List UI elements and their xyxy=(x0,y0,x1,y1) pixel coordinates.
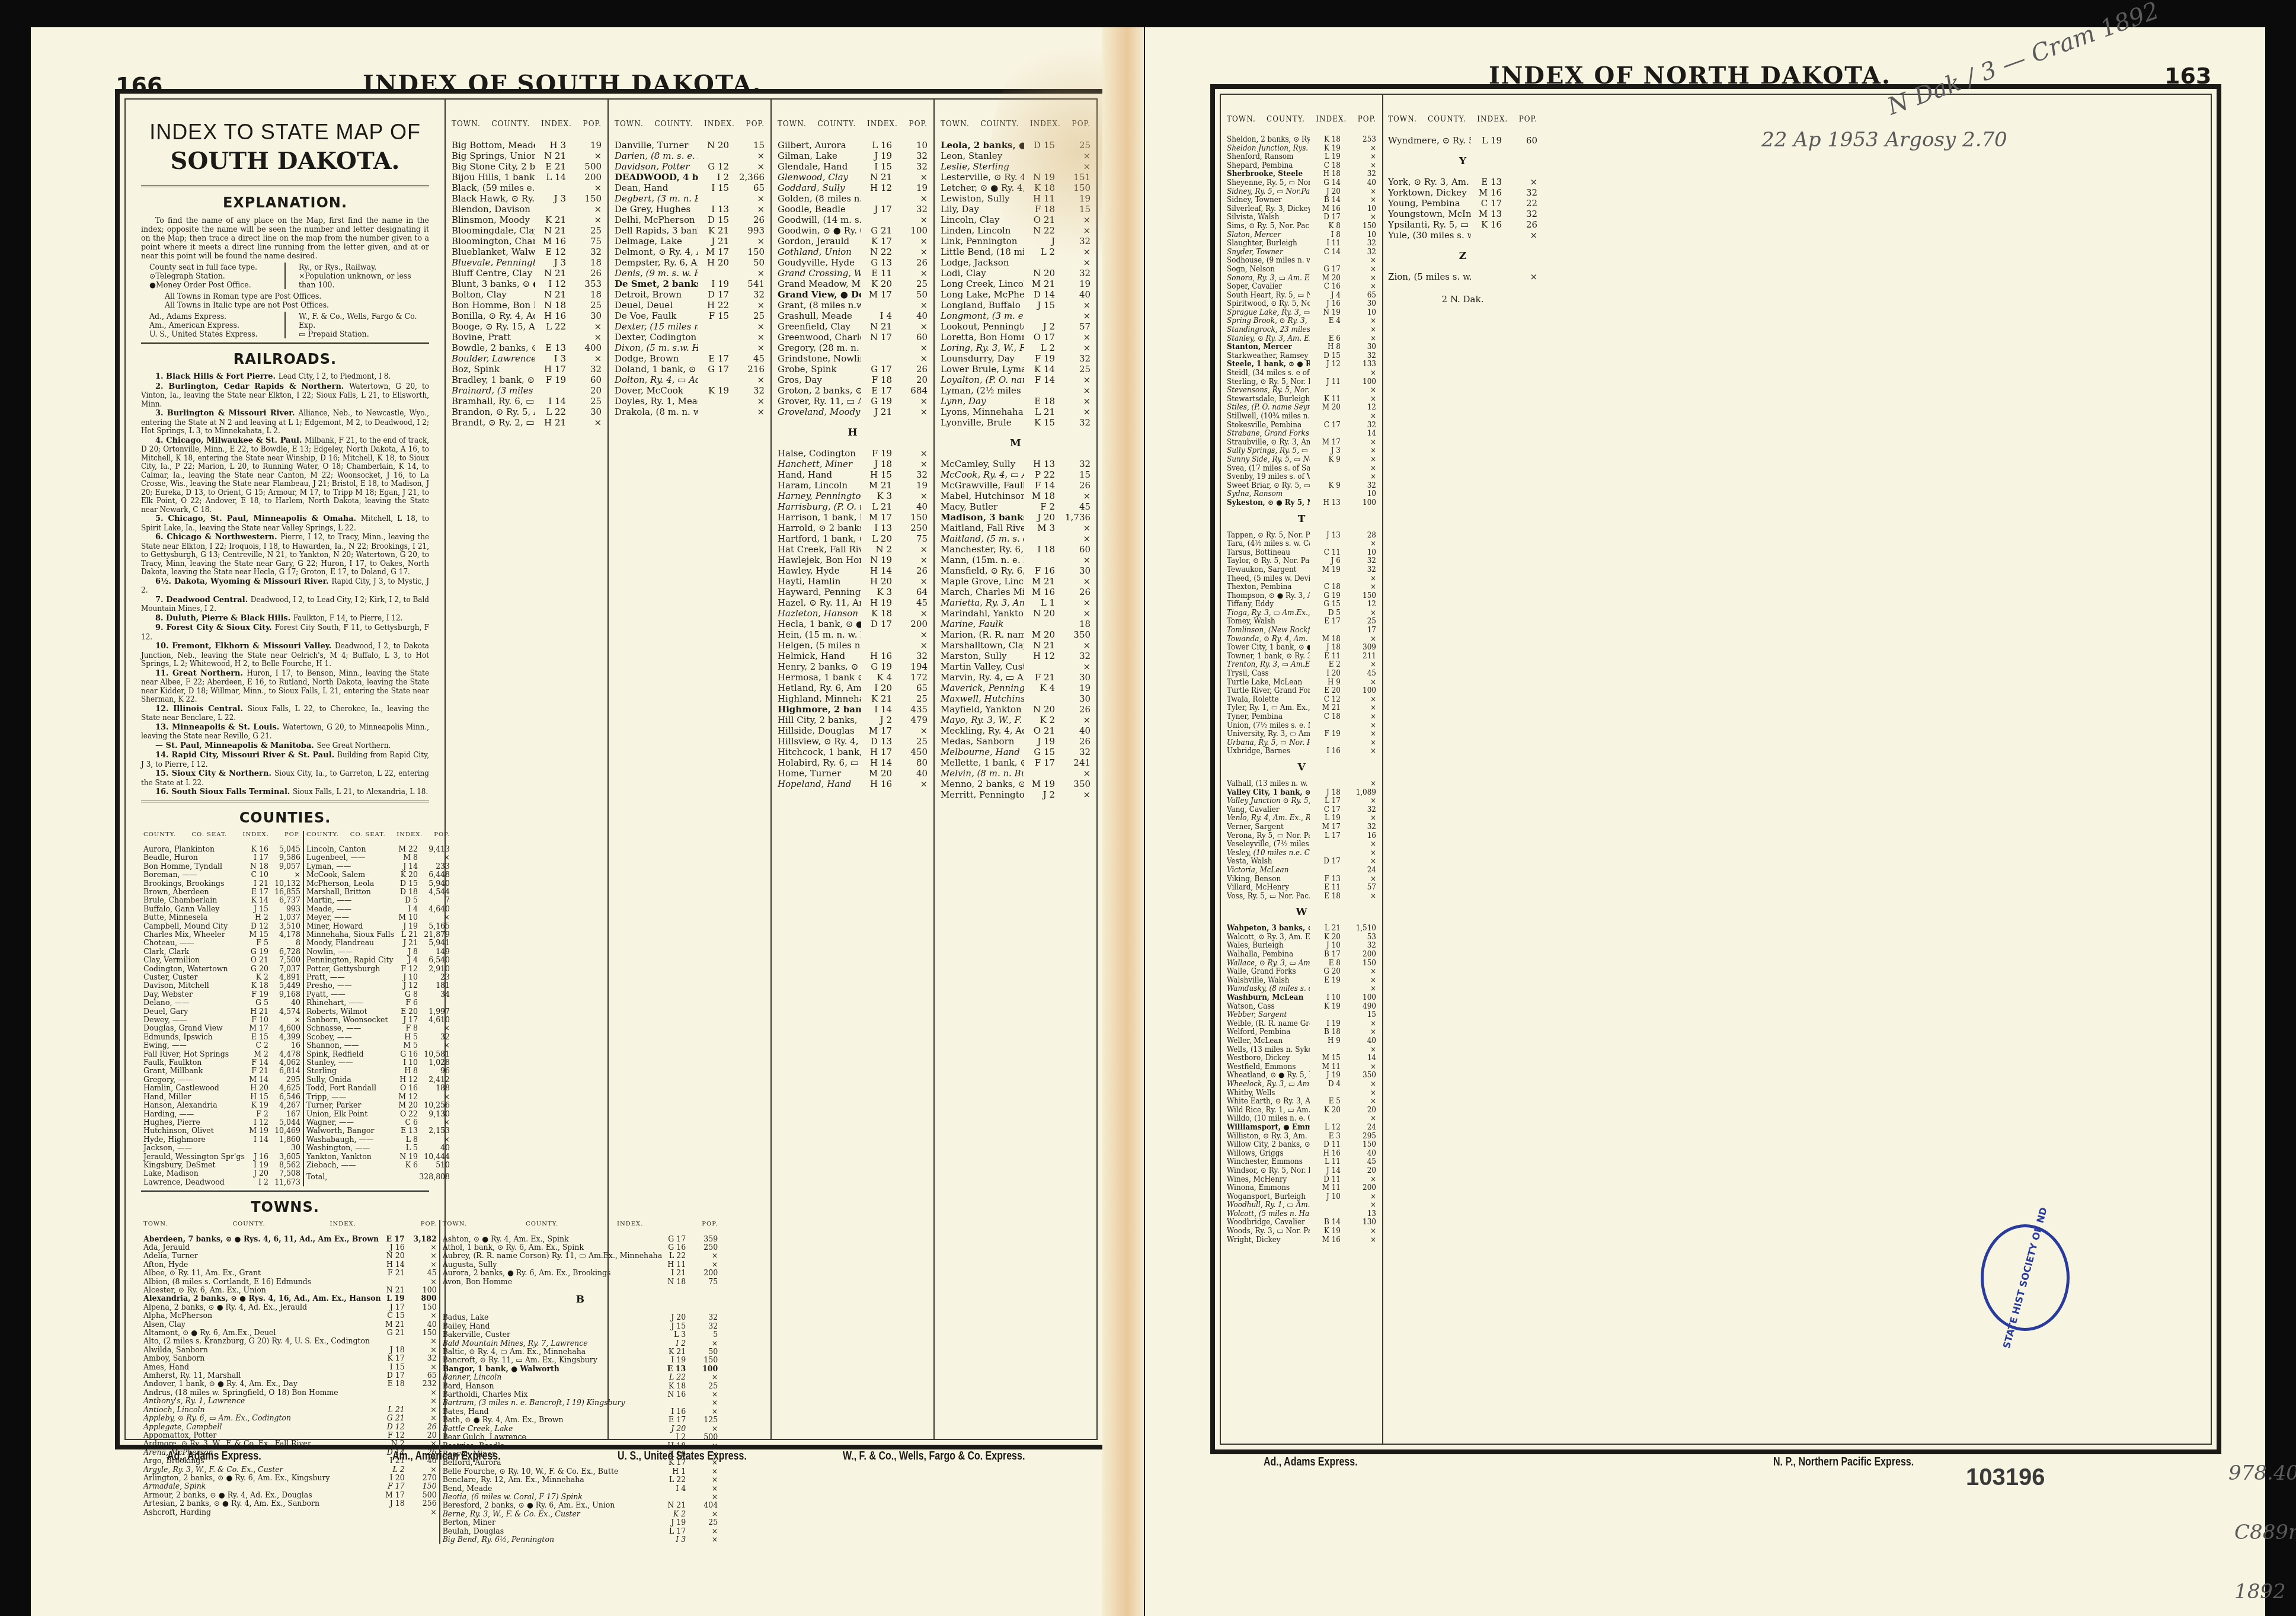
county-index: H 5 xyxy=(394,1033,418,1041)
town-entry: Grashull, MeadeI 440 xyxy=(772,311,933,321)
town-entry: Turtle Lake, McLeanH 9× xyxy=(1221,678,1382,687)
town-index: D 15 xyxy=(1310,351,1341,360)
town-entry: Golden, (8 miles n. of Willow Lake, H 18… xyxy=(772,193,933,204)
county-row: Davison, MitchellK 185,449 xyxy=(143,981,300,990)
county-index: I 10 xyxy=(394,1058,418,1067)
town-entry: Spiritwood, ⊙ Ry. 5, Nor. Pac. Ex., Stut… xyxy=(1221,299,1382,308)
town-population: × xyxy=(1341,840,1376,849)
town-index: K 17 xyxy=(861,236,892,247)
town-population: 19 xyxy=(1055,683,1091,693)
town-entry: Andover, 1 bank, ⊙ ● Ry. 4, Am. Ex., Day… xyxy=(143,1380,437,1388)
town-entry: Albion, (8 miles s. Cortlandt, E 16) Edm… xyxy=(143,1278,437,1286)
county-row: Pratt, ——J 1023 xyxy=(306,973,450,981)
town-index: I 2 xyxy=(698,172,729,183)
town-population: 133 xyxy=(1341,360,1376,369)
town-index: I 10 xyxy=(1310,993,1341,1002)
town-entry: Loyalton, (P. O. name Vermont City) ⊙ Ry… xyxy=(935,375,1096,385)
town-population: 25 xyxy=(1055,364,1091,375)
town-name: Altamont, ⊙ ● Ry. 6, Am.Ex., Deuel xyxy=(143,1329,381,1337)
county-row: Hughes, PierreI 125,044 xyxy=(143,1118,300,1127)
county-population: 21,879 xyxy=(418,930,450,939)
town-name: Shenford, Ransom xyxy=(1227,152,1310,161)
town-name: Gregory, (28 m. n. w. Rapid City, J 3) L… xyxy=(778,343,861,353)
town-entry: York, ⊙ Ry. 3, Am. Ex., BensonE 13× xyxy=(1382,177,1543,187)
town-entry: University, Ry. 3, ▭ Am. Ex., Grand Fork… xyxy=(1221,729,1382,738)
express-left: Ad., Adams Express.Am., American Express… xyxy=(141,312,280,338)
town-entry: Hillside, DouglasM 17× xyxy=(772,725,933,736)
county-row: Butte, MinneselaH 21,037 xyxy=(143,913,300,921)
town-index: C 17 xyxy=(1310,421,1341,430)
town-entry: Benclare, Ry. 12, Am. Ex., MinnehahaL 22… xyxy=(443,1476,718,1484)
right-page-north-dakota: INDEX OF NORTH DAKOTA. 163 TOWN.COUNTY.I… xyxy=(1145,27,2265,1616)
county-name: Rhinehart, —— xyxy=(306,999,394,1007)
town-index: K 21 xyxy=(698,225,729,236)
county-population: 993 xyxy=(268,905,300,913)
town-name: Mellette, 1 bank, ⊙ ● Ry. 4, Ad. Ex., Sp… xyxy=(941,757,1024,768)
town-index: L 21 xyxy=(861,501,892,512)
town-index: J 15 xyxy=(1024,300,1055,311)
town-entry: Tioga, Ry. 3, ▭ Am.Ex., MountrailleD 5× xyxy=(1221,609,1382,617)
county-population: 4,600 xyxy=(268,1024,300,1032)
town-population: × xyxy=(566,204,602,215)
town-entry: Lyons, MinnehahaL 21× xyxy=(935,407,1096,417)
town-index: I 3 xyxy=(535,353,566,364)
legend-line: W., F. & Co., Wells, Fargo & Co. Exp. xyxy=(299,312,429,329)
town-name: Antioch, Lincoln xyxy=(143,1406,381,1414)
county-row: Lyman, ——J 14233 xyxy=(306,862,450,871)
town-population: 10 xyxy=(1341,489,1376,498)
letter-heading: H xyxy=(772,417,933,448)
county-population: × xyxy=(268,1016,300,1024)
town-entry: Brainard, (3 miles s. w. of Houghton, D … xyxy=(446,385,607,396)
letter-heading: T xyxy=(1221,507,1382,531)
town-entry: Degbert, (3 m. n. Bradley, F 18) Clark× xyxy=(609,193,770,204)
town-column-header: TOWN.COUNTY.INDEX.POP. xyxy=(1382,95,1543,135)
town-entry: Doland, 1 bank, ⊙ Ry. 6, Am. Ex., SpinkG… xyxy=(609,364,770,375)
county-index: K 16 xyxy=(245,845,268,853)
town-population: 200 xyxy=(1341,950,1376,959)
county-index: E 20 xyxy=(394,1007,418,1016)
town-population: × xyxy=(892,544,928,555)
town-index: I 19 xyxy=(1310,1019,1341,1028)
town-entry: Sterling, ⊙ Ry. 5, Nor. Pac. Ex., Burlei… xyxy=(1221,377,1382,386)
town-population: 19 xyxy=(566,140,602,151)
town-population: × xyxy=(1341,213,1376,222)
town-index: J 17 xyxy=(861,204,892,215)
town-population: 50 xyxy=(729,257,765,268)
county-name: Charles Mix, Wheeler xyxy=(143,930,245,939)
town-name: Helmick, Hand xyxy=(778,651,861,661)
town-index: I 15 xyxy=(861,161,892,172)
town-name: Slaton, Mercer xyxy=(1227,231,1310,239)
index-title-line2: SOUTH DAKOTA. xyxy=(141,147,429,175)
town-entry: Blinsmon, MoodyK 21× xyxy=(446,215,607,225)
town-population: × xyxy=(1341,703,1376,712)
legend-symbols: County seat in full face type.⊙Telegraph… xyxy=(141,263,429,289)
town-index: K 19 xyxy=(698,385,729,396)
town-index: M 21 xyxy=(381,1320,405,1329)
town-entry: Veseleyville, (7½ miles n. w. Voss, E 18… xyxy=(1221,840,1382,849)
town-entry: Bradley, 1 bank, ⊙ ● Ry. 4, Am. Ex., Cla… xyxy=(446,375,607,385)
town-index: O 17 xyxy=(1024,332,1055,343)
railroad-name: 6½. Dakota, Wyoming & Missouri River. xyxy=(155,577,331,586)
divider xyxy=(141,185,429,187)
railroad-name: 14. Rapid City, Missouri River & St. Pau… xyxy=(155,751,337,760)
town-entry: Wolcott, (5 miles n. Hankinson, M 11) Ri… xyxy=(1221,1209,1382,1218)
town-entry: Highland, MinnehahaK 2125 xyxy=(772,693,933,704)
town-name: Villard, McHenry xyxy=(1227,883,1310,892)
town-population: 32 xyxy=(729,385,765,396)
town-name: Washburn, McLean xyxy=(1227,993,1310,1002)
town-name: Highland, Minnehaha xyxy=(778,693,861,704)
town-entry: De Smet, 2 banks, ⊙ ● Ry. 6, Am. Ex., Ki… xyxy=(609,279,770,289)
town-name: Starkweather, Ramsey xyxy=(1227,351,1310,360)
county-row: Turner, ParkerM 2010,256 xyxy=(306,1101,450,1109)
town-entry: Wheelock, Ry. 3, ▭ Am. Ex., FlanneryD 4× xyxy=(1221,1080,1382,1089)
town-entry: Goodle, BeadleJ 1732 xyxy=(772,204,933,215)
town-entry: Taylor, ⊙ Ry. 5, Nor. Pac. Ex., StarkJ 6… xyxy=(1221,556,1382,565)
town-name: Thexton, Pembina xyxy=(1227,583,1310,591)
town-index: G 15 xyxy=(1024,747,1055,757)
town-population: 200 xyxy=(1341,1183,1376,1192)
town-name: Snyder, Towner xyxy=(1227,248,1310,257)
town-name: Sheyenne, Ry. 5, ▭ Nor. Pac. Ex., Eddy xyxy=(1227,178,1310,187)
town-index xyxy=(1310,1089,1341,1097)
town-population: × xyxy=(1341,1227,1376,1236)
town-name: Stanton, Mercer xyxy=(1227,343,1310,351)
town-population: 32 xyxy=(1341,805,1376,814)
column-label: COUNTY. xyxy=(1267,115,1305,123)
town-population: 350 xyxy=(1341,1071,1376,1080)
town-entry: Armour, 2 banks, ⊙ ● Ry. 4, Ad. Ex., Dou… xyxy=(143,1491,437,1499)
town-name: Walle, Grand Forks xyxy=(1227,967,1310,976)
town-name: White Earth, ⊙ Ry. 3, Am.Ex., Mountraill… xyxy=(1227,1097,1310,1106)
county-index: J 17 xyxy=(394,1016,418,1024)
town-index: C 12 xyxy=(1310,695,1341,704)
town-population: × xyxy=(1341,1114,1376,1123)
town-population: × xyxy=(1341,472,1376,481)
town-entry: Alcester, ⊙ Ry. 6, Am. Ex., UnionN 21100 xyxy=(143,1286,437,1294)
railroad-route: Milbank, F 21, to the end of track, D 20… xyxy=(141,436,429,514)
town-entry: Applegate, CampbellD 1226 xyxy=(143,1423,437,1431)
town-name: Viking, Benson xyxy=(1227,875,1310,884)
town-name: Tara, (4½ miles s. w. Cable, G 18) Steel… xyxy=(1227,539,1310,548)
town-entry: Black Hawk, ⊙ Ry. 10, W., F. & Co. Ex., … xyxy=(446,193,607,204)
town-name: Tewaukon, Sargent xyxy=(1227,565,1310,574)
town-population: × xyxy=(405,1406,437,1414)
railroad-route: Faulkton, F 14, to Pierre, I 12. xyxy=(293,614,403,622)
county-population: 23 xyxy=(418,973,450,981)
town-population: × xyxy=(1055,311,1091,321)
town-name: Svea, (17 miles s. of Sanborn, J 17) Bar… xyxy=(1227,464,1310,473)
town-name: Towner, 1 bank, ⊙ Ry. 3, Am. Ex., McHenr… xyxy=(1227,652,1310,661)
town-population: × xyxy=(892,491,928,501)
town-population: 24 xyxy=(1341,1123,1376,1132)
town-population: 40 xyxy=(892,501,928,512)
explanation-text: To find the name of any place on the Map… xyxy=(141,216,429,260)
county-population: × xyxy=(418,1093,450,1101)
town-index: F 13 xyxy=(1310,875,1341,884)
town-entry: Denis, (9 m. s. w. Rapid City, J 3) Penn… xyxy=(609,268,770,279)
county-population: 9,057 xyxy=(268,862,300,871)
county-row: Sanborn, WoonsocketJ 174,610 xyxy=(306,1016,450,1024)
town-entry: Bramhall, Ry. 6, ▭ Am. Ex., HydeI 1425 xyxy=(446,396,607,407)
town-name: Tyner, Pembina xyxy=(1227,712,1310,721)
town-entry: Verner, SargentM 1732 xyxy=(1221,823,1382,831)
town-index: N 20 xyxy=(698,140,729,151)
town-index: H 15 xyxy=(861,469,892,480)
railroad-name: 12. Illinois Central. xyxy=(155,705,248,713)
town-population: × xyxy=(1341,161,1376,170)
town-name: Shepard, Pembina xyxy=(1227,161,1310,170)
town-index xyxy=(381,1278,405,1286)
county-name: Walworth, Bangor xyxy=(306,1127,394,1135)
county-name: Deuel, Gary xyxy=(143,1007,245,1016)
town-entry: Bend, MeadeI 4× xyxy=(443,1484,718,1493)
county-index: H 21 xyxy=(245,1007,268,1016)
town-name: Tappen, ⊙ Ry. 5, Nor. Pac. Ex., Kidder xyxy=(1227,531,1310,540)
town-population: 53 xyxy=(1341,933,1376,942)
town-index: N 19 xyxy=(861,555,892,565)
column-label: COUNTY. xyxy=(491,120,530,128)
town-index xyxy=(698,151,729,161)
town-index: J 16 xyxy=(381,1243,405,1252)
town-population: 45 xyxy=(1341,1157,1376,1166)
town-entry: Argyle, Ry. 3, W., F. & Co. Ex., CusterL… xyxy=(143,1465,437,1474)
town-population: × xyxy=(405,1311,437,1320)
town-name: Black, (59 miles e. of Creston, K 5) Jac… xyxy=(452,183,535,193)
town-population: 32 xyxy=(892,469,928,480)
town-entry: McCamley, SullyH 1332 xyxy=(935,459,1096,469)
town-index: H 14 xyxy=(861,565,892,576)
town-index: F 17 xyxy=(381,1482,405,1490)
town-population: 194 xyxy=(892,661,928,672)
town-population: × xyxy=(686,1484,718,1493)
county-index: D 12 xyxy=(245,922,268,930)
town-name: Bowdle, 2 banks, ⊙ Ry. 4, Am. Ex., Edmun… xyxy=(452,343,535,353)
town-name: Yule, (30 miles s. w. Medora, J 3) Billi… xyxy=(1388,230,1471,241)
town-entry: Stanley, ⊙ Ry. 3, Am. Ex., MountrailleE … xyxy=(1221,334,1382,343)
town-name: Union, (7½ miles s. e. Milton, C 17) Cav… xyxy=(1227,721,1310,730)
county-index: O 22 xyxy=(394,1110,418,1118)
town-population: 350 xyxy=(1055,779,1091,789)
town-population: 400 xyxy=(566,343,602,353)
nd-town-column-1: TOWN.COUNTY.INDEX.POP.Sheldon, 2 banks, … xyxy=(1221,95,1383,1444)
town-entry: Mayo, Ry. 3, W., F. & Co. Ex., CusterK 2… xyxy=(935,715,1096,725)
town-name: Steele, 1 bank, ⊙ ● Ry. 5, Nor. Pac. Ex.… xyxy=(1227,360,1310,369)
town-name: Hopeland, Hand xyxy=(778,779,861,789)
town-name: Denis, (9 m. s. w. Rapid City, J 3) Penn… xyxy=(615,268,698,279)
county-population: 2,153 xyxy=(418,1127,450,1135)
town-name: Hillsview, ⊙ Ry. 4, Am. Ex., McPherson xyxy=(778,736,861,747)
county-name: Hughes, Pierre xyxy=(143,1118,245,1127)
county-population: 8 xyxy=(268,939,300,947)
town-index xyxy=(1310,412,1341,421)
town-population: × xyxy=(892,576,928,587)
county-total: Total,328,808 xyxy=(306,1173,450,1181)
town-entry: Tarsus, BottineauC 1110 xyxy=(1221,548,1382,557)
town-entry: Wells, (13 miles n. Sykeston, H 13) Well… xyxy=(1221,1045,1382,1054)
county-row: Brown, AberdeenE 1716,855 xyxy=(143,888,300,896)
town-name: Gilbert, Aurora xyxy=(778,140,861,151)
town-index: J 4 xyxy=(1310,291,1341,300)
town-index: N 21 xyxy=(861,321,892,332)
town-population: × xyxy=(405,1260,437,1269)
town-entry: Towner, 1 bank, ⊙ Ry. 3, Am. Ex., McHenr… xyxy=(1221,652,1382,661)
town-index: E 8 xyxy=(1310,959,1341,968)
town-entry: Maxwell, Hutchinson30 xyxy=(935,693,1096,704)
town-index: I 18 xyxy=(1024,544,1055,555)
town-name: Welford, Pembina xyxy=(1227,1028,1310,1036)
town-population: 45 xyxy=(1341,669,1376,678)
town-index xyxy=(698,193,729,204)
legend-line: ⊙Telegraph Station. xyxy=(149,271,280,280)
town-name: Merritt, Pennington xyxy=(941,789,1024,800)
town-index: E 6 xyxy=(1310,334,1341,343)
town-index: E 11 xyxy=(861,268,892,279)
town-name: Marine, Faulk xyxy=(941,619,1024,629)
county-name: Clark, Clark xyxy=(143,948,245,956)
town-entry: Youngstown, McIntoshM 1332 xyxy=(1382,209,1543,219)
county-population: × xyxy=(418,913,450,921)
column-label: COUNTY. xyxy=(306,831,339,839)
town-population: 40 xyxy=(1341,1149,1376,1158)
county-population: 7 xyxy=(418,896,450,904)
town-entry: Home, TurnerM 2040 xyxy=(772,768,933,779)
town-population: × xyxy=(729,396,765,407)
county-index: M 2 xyxy=(245,1050,268,1058)
county-index: F 14 xyxy=(245,1058,268,1067)
county-row: Hamlin, CastlewoodH 204,625 xyxy=(143,1084,300,1092)
column-label: POP. xyxy=(746,120,765,128)
town-name: Wahpeton, 3 banks, ⊙ ● Rys. 1, 3, 5, Am.… xyxy=(1227,924,1310,933)
county-row: Pyatt, ——G 834 xyxy=(306,990,450,999)
county-index: G 5 xyxy=(245,999,268,1007)
town-population: 32 xyxy=(1341,481,1376,490)
town-population: 150 xyxy=(405,1482,437,1490)
railroad-entry: 11. Great Northern. Huron, I 17, to Bens… xyxy=(141,669,429,704)
town-name: Hawlejek, Bon Homme xyxy=(778,555,861,565)
town-index: K 18 xyxy=(1310,135,1341,144)
county-population: 167 xyxy=(268,1110,300,1118)
town-name: Alexandria, 2 banks, ⊙ ● Rys. 4, 16, Ad.… xyxy=(143,1294,381,1303)
town-entry: Groton, 2 banks, ⊙ ● Rys. 4, 6, Am. Ex.,… xyxy=(772,385,933,396)
county-name: Hyde, Highmore xyxy=(143,1135,245,1144)
town-entry: Slaughter, BurleighI 1132 xyxy=(1221,239,1382,248)
town-index xyxy=(1310,840,1341,849)
town-index: E 11 xyxy=(1310,883,1341,892)
town-name: Black Hawk, ⊙ Ry. 10, W., F. & Co. Ex., … xyxy=(452,193,535,204)
town-entry: Longmont, (3 m. e. Etta Mine, K 3) Penni… xyxy=(935,311,1096,321)
town-population: 32 xyxy=(1055,651,1091,661)
town-entry: Hawley, HydeH 1426 xyxy=(772,565,933,576)
town-entry: Victoria, McLean24 xyxy=(1221,866,1382,875)
town-population: 26 xyxy=(1502,219,1537,230)
county-row: Union, Elk PointO 229,130 xyxy=(306,1110,450,1118)
town-index: L 20 xyxy=(861,533,892,544)
town-entry: Stokesville, PembinaC 1732 xyxy=(1221,421,1382,430)
town-population: × xyxy=(1341,1192,1376,1201)
town-entry: Alpha, McPhersonC 15× xyxy=(143,1311,437,1320)
town-population: 65 xyxy=(405,1371,437,1380)
town-name: Loring, Ry. 3, W., F. & Co. Ex., Custer xyxy=(941,343,1024,353)
county-row: Meyer, ——M 10× xyxy=(306,913,450,921)
town-entry: Turtle River, Grand ForksE 20100 xyxy=(1221,686,1382,695)
town-entry: Lower Brule, LymanK 1425 xyxy=(935,364,1096,375)
town-entry: Holabird, Ry. 6, ▭ Am. Ex., HydeH 1480 xyxy=(772,757,933,768)
town-name: Adelia, Turner xyxy=(143,1252,381,1260)
town-name: Winchester, Emmons xyxy=(1227,1157,1310,1166)
town-entry: Bonilla, ⊙ Ry. 4, Ad.Ex., BeadleH 1630 xyxy=(446,311,607,321)
county-name: Jackson, —— xyxy=(143,1144,245,1152)
town-index: J 14 xyxy=(1310,1166,1341,1175)
county-population: 9,168 xyxy=(268,990,300,999)
town-name: Danville, Turner xyxy=(615,140,698,151)
town-index: I 13 xyxy=(698,204,729,215)
town-index xyxy=(381,1508,405,1516)
town-population: × xyxy=(892,236,928,247)
county-name: Ewing, —— xyxy=(143,1041,245,1049)
county-name: Pyatt, —— xyxy=(306,990,394,999)
town-entry: Darien, (8 m. s. e. Bradley, F 18) Clark… xyxy=(609,151,770,161)
town-name: South Heart, Ry. 5, ▭ Nor. Pac. Ex., Sta… xyxy=(1227,291,1310,300)
county-row: Choteau, ——F 58 xyxy=(143,939,300,947)
town-population: 32 xyxy=(1502,209,1537,219)
town-index: D 14 xyxy=(1024,289,1055,300)
town-name: Doyles, Ry. 1, Meade xyxy=(615,396,698,407)
town-index xyxy=(1310,472,1341,481)
town-entry: Villard, McHenryE 1157 xyxy=(1221,883,1382,892)
town-population: × xyxy=(686,1467,718,1476)
counties-left-half: COUNTY.CO. SEAT.INDEX.POP.Aurora, Planki… xyxy=(141,831,304,1187)
county-name: Jerauld, Wessington Spr'gs xyxy=(143,1153,245,1161)
county-index: I 14 xyxy=(245,1135,268,1144)
town-entry: Brandt, ⊙ Ry. 2, ▭ U.S.Ex., DeuelH 21× xyxy=(446,417,607,428)
town-entry: Marston, SullyH 1232 xyxy=(935,651,1096,661)
county-name: Delano, —— xyxy=(143,999,245,1007)
town-name: March, Charles Mix xyxy=(941,587,1024,597)
town-entry: Wyndmere, ⊙ Ry. 5, Nor. Pac. Ex., Richla… xyxy=(1382,135,1543,146)
town-index: L 19 xyxy=(381,1294,405,1303)
town-index: H 16 xyxy=(861,651,892,661)
town-index: F 16 xyxy=(1024,565,1055,576)
town-name: Macy, Butler xyxy=(941,501,1024,512)
town-index: M 19 xyxy=(1024,779,1055,789)
county-row: Ewing, ——C 216 xyxy=(143,1041,300,1049)
town-entry: Alwilda, SanbornJ 18× xyxy=(143,1346,437,1354)
town-population: 60 xyxy=(1502,135,1537,146)
county-population: 1,028 xyxy=(418,1058,450,1067)
town-entry: Sweet Briar, ⊙ Ry. 5, ▭ Nor. Pac. Ex., M… xyxy=(1221,481,1382,490)
railroad-entry: 8. Duluth, Pierre & Black Hills. Faulkto… xyxy=(141,614,429,623)
town-index: H 20 xyxy=(698,257,729,268)
town-entry: Merritt, PenningtonJ 2× xyxy=(935,789,1096,800)
town-entry: Blueblanket, WalworthE 1232 xyxy=(446,247,607,257)
town-population: 32 xyxy=(1055,459,1091,469)
town-name: Longland, Buffalo xyxy=(941,300,1024,311)
town-population: × xyxy=(1055,789,1091,800)
county-population: × xyxy=(418,1118,450,1127)
town-name: De Grey, Hughes xyxy=(615,204,698,215)
town-index: M 18 xyxy=(1024,491,1055,501)
town-population: 150 xyxy=(892,512,928,523)
town-name: Sonora, Ry. 3, ▭ Am. Ex., Richland xyxy=(1227,274,1310,283)
county-population: 4,610 xyxy=(418,1016,450,1024)
county-index: D 5 xyxy=(394,896,418,904)
town-index: M 17 xyxy=(381,1491,405,1499)
town-population: 24 xyxy=(1341,866,1376,875)
town-name: Harrold, ⊙ 2 banks, Ry. 6, Am. Ex., Hugh… xyxy=(778,523,861,533)
